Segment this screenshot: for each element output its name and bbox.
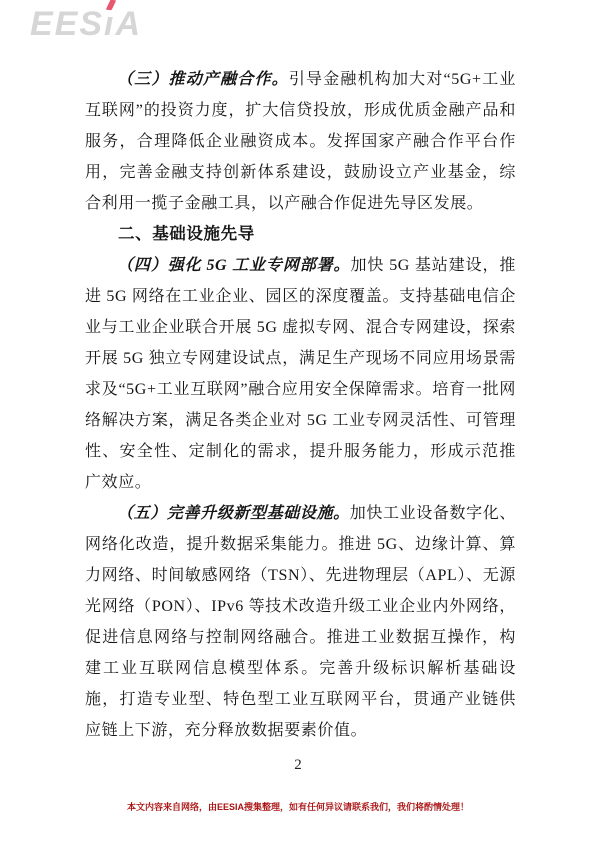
- paragraph-section-4-lead: （四）强化 5G 工业专网部署。: [117, 257, 350, 274]
- footer-disclaimer: 本文内容来自网络，由EESIA搜集整理，如有任何异议请联系我们，我们将酌情处理！: [0, 800, 596, 813]
- logo-text-left: EES: [30, 5, 104, 43]
- page-number: 2: [0, 757, 596, 774]
- paragraph-section-4: （四）强化 5G 工业专网部署。加快 5G 基站建设，推进 5G 网络在工业企业…: [85, 250, 516, 498]
- logo-dotless-i: ı: [104, 5, 115, 43]
- logo-text-right: A: [116, 5, 143, 43]
- paragraph-section-3-lead: （三）推动产融合作。: [117, 71, 289, 88]
- paragraph-section-5-lead: （五）完善升级新型基础设施。: [117, 505, 350, 522]
- paragraph-section-5: （五）完善升级新型基础设施。加快工业设备数字化、网络化改造，提升数据采集能力。推…: [85, 498, 516, 746]
- paragraph-section-4-text: 加快 5G 基站建设，推进 5G 网络在工业企业、园区的深度覆盖。支持基础电信企…: [85, 257, 516, 491]
- paragraph-section-5-text: 加快工业设备数字化、网络化改造，提升数据采集能力。推进 5G、边缘计算、算力网络…: [85, 505, 516, 739]
- paragraph-section-3-text: 引导金融机构加大对“5G+工业互联网”的投资力度，扩大信贷投放，形成优质金融产品…: [85, 71, 516, 212]
- document-page: EESıA （三）推动产融合作。引导金融机构加大对“5G+工业互联网”的投资力度…: [0, 0, 596, 842]
- eesia-logo: EESıA: [30, 4, 142, 44]
- paragraph-section-3: （三）推动产融合作。引导金融机构加大对“5G+工业互联网”的投资力度，扩大信贷投…: [85, 64, 516, 219]
- document-body: （三）推动产融合作。引导金融机构加大对“5G+工业互联网”的投资力度，扩大信贷投…: [85, 64, 516, 746]
- logo-letter-i: ı: [104, 4, 115, 44]
- section-heading-2: 二、基础设施先导: [85, 219, 516, 250]
